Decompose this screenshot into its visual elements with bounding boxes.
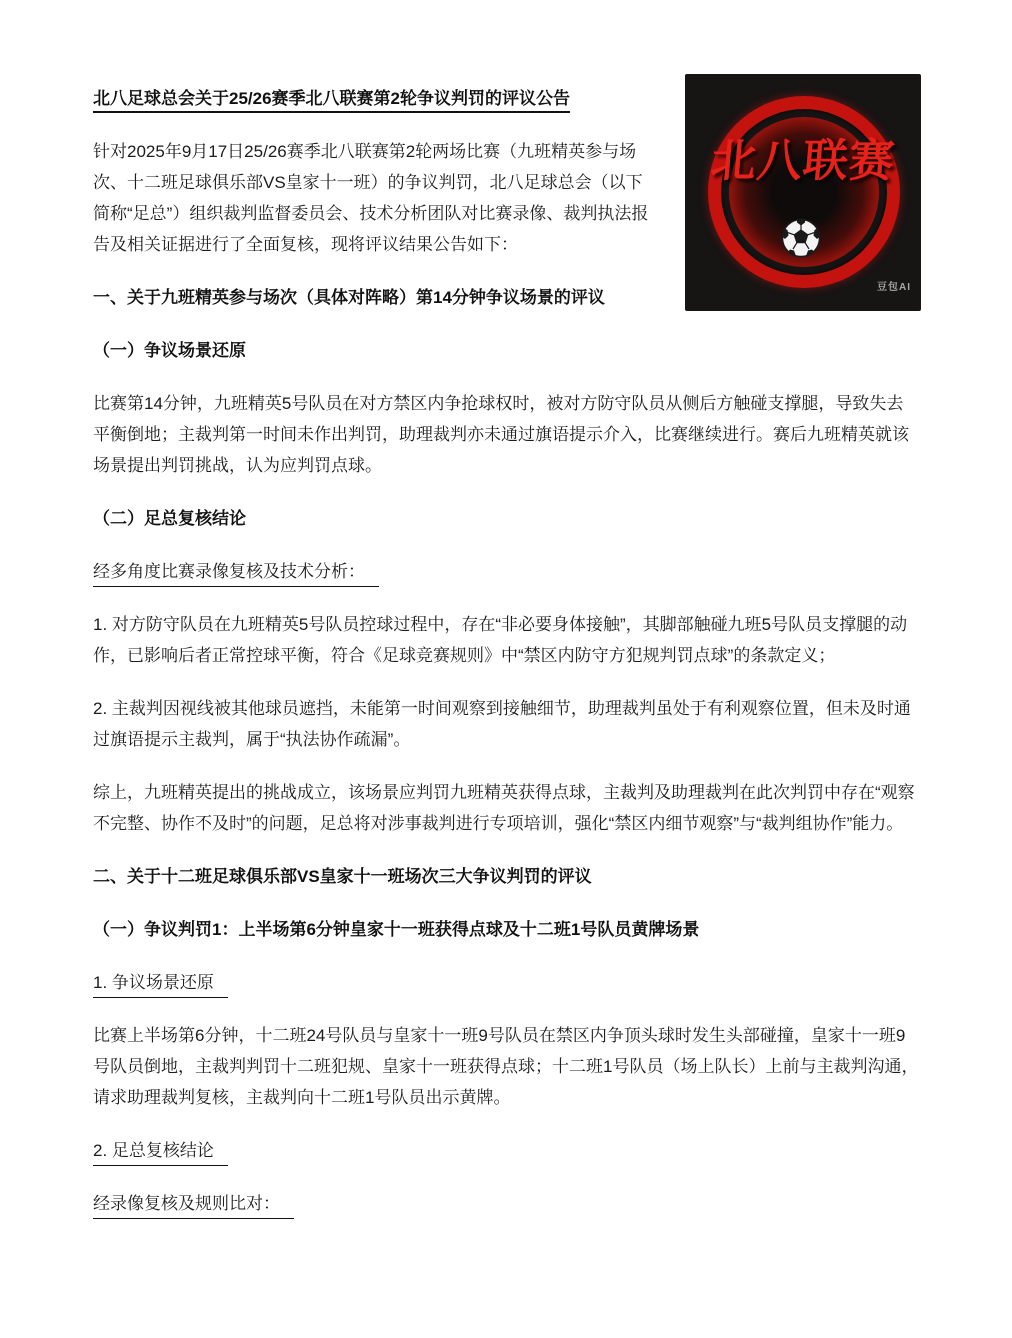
section2-heading: 二、关于十二班足球俱乐部VS皇家十一班场次三大争议判罚的评议: [93, 861, 919, 892]
logo-title: 北八联赛: [685, 138, 921, 184]
header-text-wrap: 北八足球总会关于25/26赛季北八联赛第2轮争议判罚的评议公告 针对2025年9…: [93, 83, 653, 260]
announcement-document: 北八联赛 豆包AI 北八足球总会关于25: [0, 0, 1012, 1338]
section1-scene-paragraph: 比赛第14分钟，九班精英5号队员在对方禁区内争抢球权时，被对方防守队员从侧后方触…: [93, 388, 919, 481]
section1-point-1: 1. 对方防守队员在九班精英5号队员控球过程中，存在“非必要身体接触”，其脚部触…: [93, 609, 919, 671]
league-logo-image: 北八联赛 豆包AI: [685, 74, 921, 311]
section1-sub2-heading: （二）足总复核结论: [93, 503, 919, 534]
intro-paragraph: 针对2025年9月17日25/26赛季北八联赛第2轮两场比赛（九班精英参与场次、…: [93, 136, 653, 260]
page-title: 北八足球总会关于25/26赛季北八联赛第2轮争议判罚的评议公告: [93, 83, 653, 114]
soccer-ball-icon: [781, 218, 821, 258]
section2-restore-paragraph: 比赛上半场第6分钟，十二班24号队员与皇家十一班9号队员在禁区内争顶头球时发生头…: [93, 1020, 919, 1113]
section1-conclusion: 综上，九班精英提出的挑战成立，该场景应判罚九班精英获得点球，主裁判及助理裁判在此…: [93, 777, 919, 839]
section1-point-2: 2. 主裁判因视线被其他球员遮挡，未能第一时间观察到接触细节，助理裁判虽处于有利…: [93, 693, 919, 755]
section1-sub1-heading: （一）争议场景还原: [93, 335, 919, 366]
section2-review-intro: 经录像复核及规则比对：: [93, 1188, 919, 1219]
section2-restore-heading: 1. 争议场景还原: [93, 967, 919, 998]
section2-sub1-heading: （一）争议判罚1：上半场第6分钟皇家十一班获得点球及十二班1号队员黄牌场景: [93, 914, 919, 945]
section1-review-intro: 经多角度比赛录像复核及技术分析：: [93, 556, 919, 587]
section2-review-heading: 2. 足总复核结论: [93, 1135, 919, 1166]
logo-watermark: 豆包AI: [877, 272, 911, 303]
